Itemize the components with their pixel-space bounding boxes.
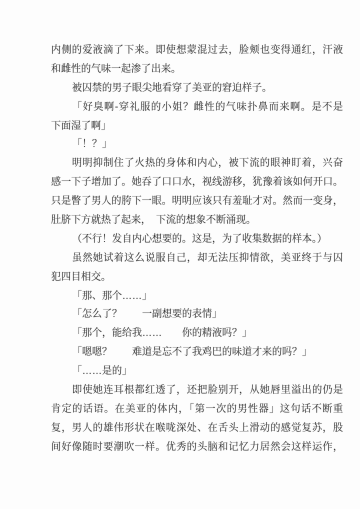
text-line: 和雌性的气味一起渗了出来。	[51, 61, 343, 80]
text-line: 虽然她试着这么说服自己，却无法压抑情欲，美亚终于与囚	[51, 250, 343, 269]
text-line: 犯四目相交。	[51, 269, 343, 288]
text-line: 下面湿了啊」	[51, 118, 343, 137]
text-line: 内侧的爱液滴了下来。即使想蒙混过去，脸颊也变得通红，汗液	[51, 42, 343, 61]
novel-text-page: 内侧的爱液滴了下来。即使想蒙混过去，脸颊也变得通红，汗液和雌性的气味一起渗了出来…	[0, 0, 360, 509]
text-line: 复，男人的雄伟形状在喉咙深处、在舌头上滑动的感觉复苏，股	[51, 420, 343, 439]
text-line: 「好臭啊-穿礼服的小姐？雌性的气味扑鼻而来啊。是不是	[51, 99, 343, 118]
text-line: （不行！发自内心想要的。这是，为了收集数据的样本。）	[51, 231, 343, 250]
text-line: 「嗯嗯？ 难道是忘不了我鸡巴的味道才来的吗？」	[51, 344, 343, 363]
text-line: 「那、那个……」	[51, 288, 343, 307]
text-line: 「！？」	[51, 136, 343, 155]
text-line: 被囚禁的男子眼尖地看穿了美亚的窘迫样子。	[51, 80, 343, 99]
text-line: 感一下子增加了。她吞了口口水，视线游移，犹豫着该如何开口。	[51, 174, 343, 193]
text-line: 即使她连耳根都红透了，还把脸别开，从她唇里溢出的仍是	[51, 382, 343, 401]
ebook-reader-screen: { "page": { "background": "#fdfdfd", "te…	[0, 0, 360, 509]
text-line: 「怎么了？ 一副想要的表情」	[51, 306, 343, 325]
text-line: 明明抑制住了火热的身体和内心，被下流的眼神盯着，兴奋	[51, 155, 343, 174]
text-line: 肚脐下方就热了起来， 下流的想象不断涌现。	[51, 212, 343, 231]
text-line: 只是瞥了男人的胯下一眼。明明应该只有羞耻才对。然而一变身，	[51, 193, 343, 212]
text-line: 间好像随时要潮吹一样。优秀的头脑和记忆力居然会这样运作，	[51, 439, 343, 458]
text-line: 「那个，能给我…… 你的精液吗？」	[51, 325, 343, 344]
text-line: 「……是的」	[51, 363, 343, 382]
text-line: 肯定的话语。在美亚的体内，「第一次的男性器」这句话不断重	[51, 401, 343, 420]
